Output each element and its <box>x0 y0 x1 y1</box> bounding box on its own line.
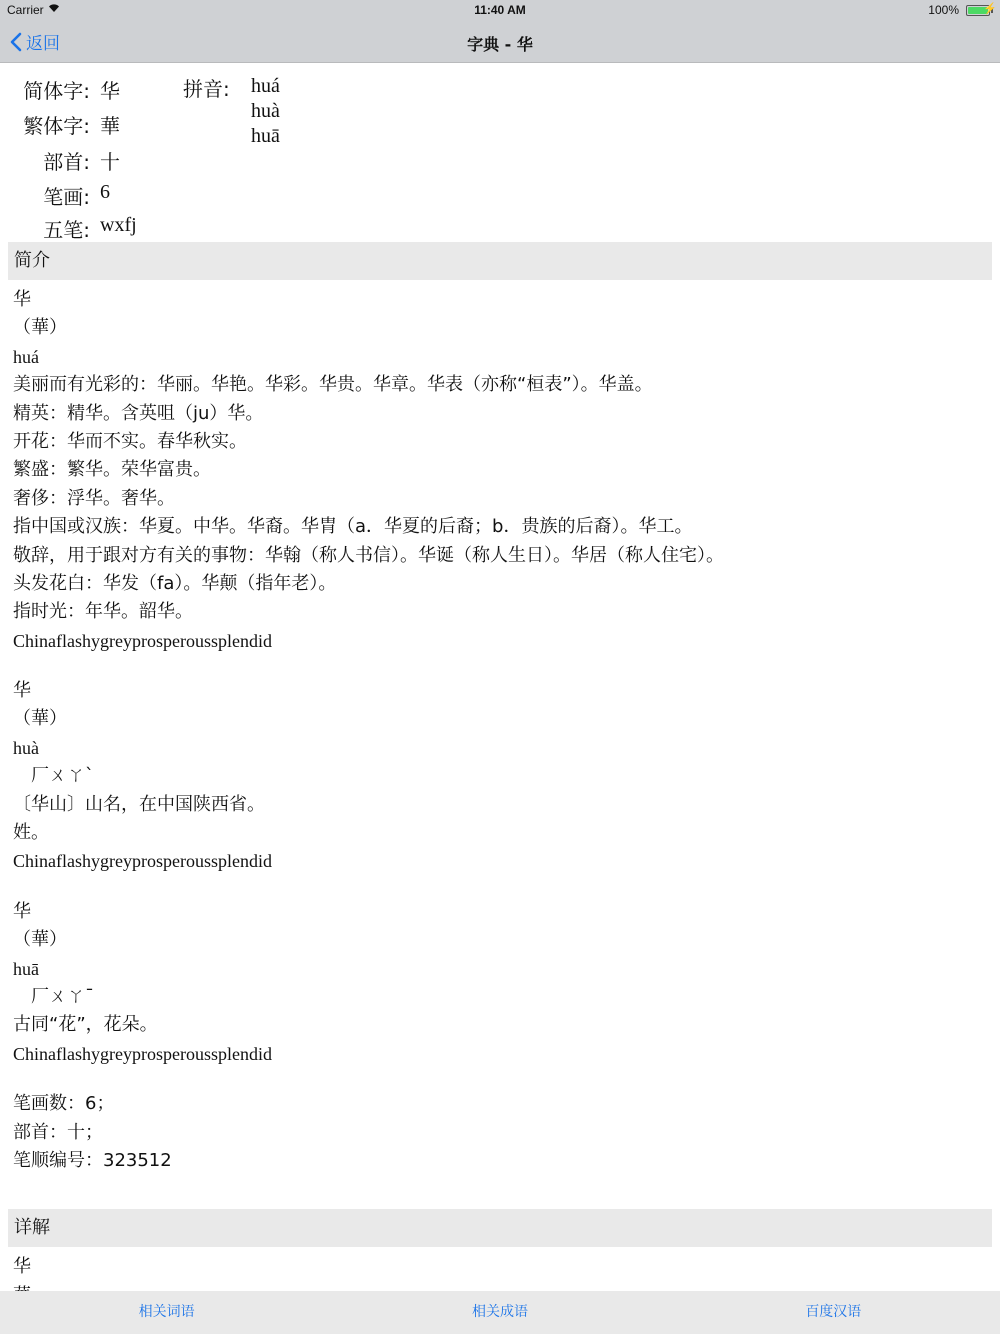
battery-percent: 100% <box>928 3 959 17</box>
detail-body: 华華 <box>0 1247 1000 1291</box>
text-line: 开花：华而不实。春华秋实。 <box>13 428 987 456</box>
pinyin-label: 拼音: <box>183 73 230 102</box>
text-line: 〔华山〕山名，在中国陕西省。 <box>13 791 987 819</box>
text-line: 敬辞，用于跟对方有关的事物：华翰（称人书信）。华诞（称人生日）。华居（称人住宅）… <box>13 542 987 570</box>
pinyin-item: huā <box>251 124 280 149</box>
wubi-value: wxfj <box>100 214 137 243</box>
text-line: 指时光：年华。韶华。 <box>13 598 987 626</box>
text-line: 华 <box>13 286 987 314</box>
pinyin-list: huá huà huā <box>251 74 280 149</box>
wubi-row: 五笔: wxfj <box>0 214 137 243</box>
text-line: huá <box>13 343 987 371</box>
text-line: 头发花白：华发（fa）。华颠（指年老）。 <box>13 570 987 598</box>
bottom-toolbar: 相关词语 相关成语 百度汉语 <box>0 1291 1000 1334</box>
status-bar: Carrier 11:40 AM 100% ⚡ <box>0 0 1000 20</box>
text-line: 笔画数：6； <box>13 1090 987 1118</box>
radical-row: 部首: 十 <box>0 146 120 175</box>
intro-section-header: 简介 <box>8 242 992 280</box>
detail-section-header: 详解 <box>8 1209 992 1247</box>
character-info: 简体字: 华 繁体字: 華 部首: 十 笔画: 6 五笔: wxfj 拼音: h… <box>0 64 1000 242</box>
spacer <box>13 655 987 677</box>
baidu-hanyu-button[interactable]: 百度汉语 <box>667 1291 1000 1334</box>
text-line: Chinaflashygreyprosperoussplendid <box>13 627 987 655</box>
simplified-row: 简体字: 华 <box>0 75 120 104</box>
pinyin-item: huà <box>251 99 280 124</box>
text-line: 华 <box>13 1253 987 1281</box>
text-line: 指中国或汉族：华夏。中华。华裔。华胄（a．华夏的后裔；b．贵族的后裔）。华工。 <box>13 513 987 541</box>
text-line: （華） <box>13 705 987 733</box>
text-line: Chinaflashygreyprosperoussplendid <box>13 847 987 875</box>
simplified-label: 简体字: <box>0 75 90 104</box>
traditional-value: 華 <box>100 110 120 139</box>
wubi-label: 五笔: <box>0 214 90 243</box>
text-line: 繁盛：繁华。荣华富贵。 <box>13 456 987 484</box>
related-idioms-button[interactable]: 相关成语 <box>333 1291 666 1334</box>
text-line: 精英：精华。含英咀（ju）华。 <box>13 400 987 428</box>
text-line: 姓。 <box>13 819 987 847</box>
text-line: 古同“花”，花朵。 <box>13 1011 987 1039</box>
text-line: 奢侈：浮华。奢华。 <box>13 485 987 513</box>
strokes-row: 笔画: 6 <box>0 181 110 210</box>
spacer <box>13 1068 987 1090</box>
pinyin-item: huá <box>251 74 280 99</box>
strokes-label: 笔画: <box>0 181 90 210</box>
charging-icon: ⚡ <box>983 2 997 15</box>
text-line: 厂ㄨㄚˋ <box>13 762 987 790</box>
text-line: 笔顺编号：323512 <box>13 1147 987 1175</box>
text-line: 华 <box>13 677 987 705</box>
text-line: 華 <box>13 1282 987 1291</box>
nav-bar: 返回 字典 - 华 <box>0 20 1000 63</box>
strokes-value: 6 <box>100 181 110 210</box>
status-time: 11:40 AM <box>0 3 1000 17</box>
traditional-row: 繁体字: 華 <box>0 110 120 139</box>
text-line: huà <box>13 734 987 762</box>
text-line: 厂ㄨㄚˉ <box>13 983 987 1011</box>
traditional-label: 繁体字: <box>0 110 90 139</box>
simplified-value: 华 <box>100 75 120 104</box>
radical-label: 部首: <box>0 146 90 175</box>
text-line: 美丽而有光彩的：华丽。华艳。华彩。华贵。华章。华表（亦称“桓表”）。华盖。 <box>13 371 987 399</box>
text-line: huā <box>13 955 987 983</box>
text-line: 华 <box>13 898 987 926</box>
spacer <box>13 876 987 898</box>
content-scroll[interactable]: 简体字: 华 繁体字: 華 部首: 十 笔画: 6 五笔: wxfj 拼音: h… <box>0 64 1000 1291</box>
related-words-button[interactable]: 相关词语 <box>0 1291 333 1334</box>
page-title: 字典 - 华 <box>0 32 1000 55</box>
intro-body: 华（華）huá美丽而有光彩的：华丽。华艳。华彩。华贵。华章。华表（亦称“桓表”）… <box>0 280 1000 1175</box>
text-line: （華） <box>13 314 987 342</box>
text-line: （華） <box>13 926 987 954</box>
radical-value: 十 <box>100 146 120 175</box>
text-line: Chinaflashygreyprosperoussplendid <box>13 1040 987 1068</box>
text-line: 部首：十； <box>13 1119 987 1147</box>
